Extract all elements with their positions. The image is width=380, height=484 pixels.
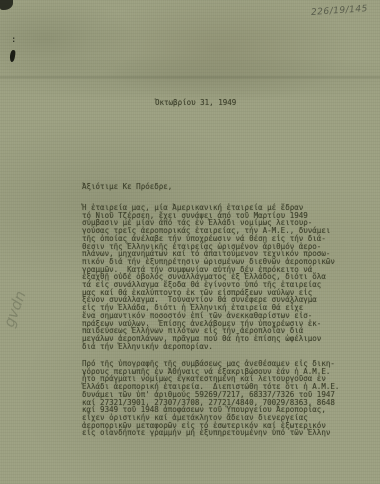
letter-paragraph-2: Πρό τῆς ὑπογραφῆς τῆς συμβάσεως μας ἀνεθ… <box>82 360 348 437</box>
paper-crease <box>0 76 380 79</box>
ink-mark: : <box>11 38 14 46</box>
scan-corner-artifact <box>0 0 13 10</box>
letter-salutation: Ἀξιότιμε Κε Πρόεδρε, <box>82 183 172 191</box>
scanned-letter-page: 226/19/145 : gvdn Ὀκτωβρίου 31, 1949 Ἀξι… <box>0 0 380 484</box>
faint-watermark: gvdn <box>0 288 30 329</box>
letter-paragraph-1: Ἡ ἑταιρεία μας, μία Ἀμερικανική ἑταιρεία… <box>82 204 348 350</box>
handwritten-reference-number: 226/19/145 <box>311 4 368 18</box>
typed-line: διά τήν Ἑλληνικήν ἀεροπορίαν. <box>82 343 348 351</box>
typed-line: εἰς οἱανδήποτε γραμμήν μή ἐξυπηρετουμένη… <box>82 429 348 437</box>
letter-date: Ὀκτωβρίου 31, 1949 <box>155 99 236 107</box>
ink-mark <box>9 50 16 63</box>
